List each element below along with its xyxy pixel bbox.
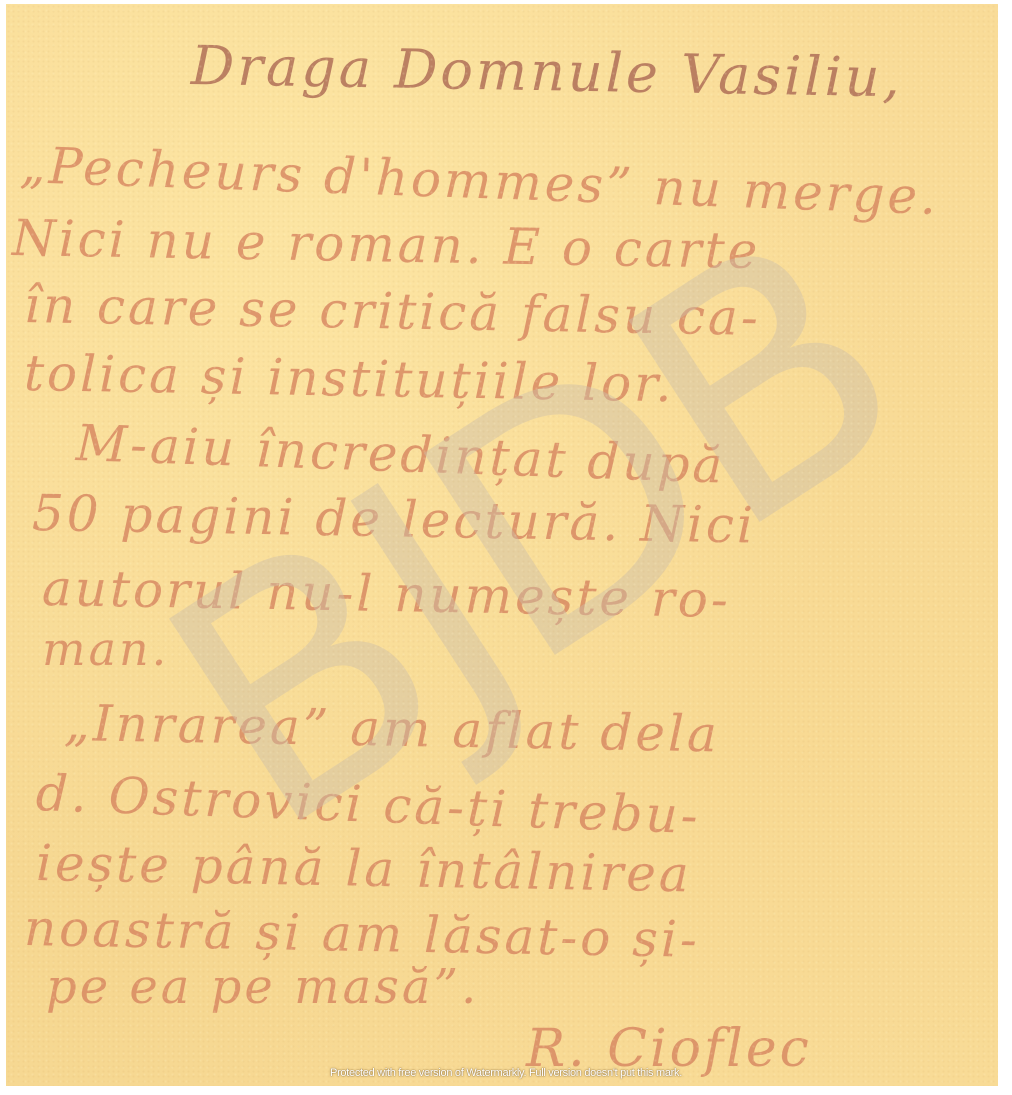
letter-line: M-aiu încredințat după [75,414,726,495]
letter-line: pe ea pe masă”. [46,959,479,1015]
letter-line: Nici nu e roman. E o carte [11,209,760,280]
letter-line: în care se critică falsu ca- [23,276,761,347]
scanned-letter: Draga Domnule Vasiliu, „Pecheurs d'homme… [0,0,1012,1095]
letter-line: man. [42,622,169,676]
letter-line: 50 pagini de lectură. Nici [31,484,756,555]
letter-greeting: Draga Domnule Vasiliu, [190,34,903,109]
letter-line: d. Ostrovici că-ți trebu- [35,764,702,845]
letter-line: „Inrarea” am aflat dela [63,694,720,763]
letter-line: autorul nu-l numește ro- [41,559,731,629]
letter-line: iește până la întâlnirea [35,834,692,903]
letter-line: tolica și instituțiile lor. [23,344,675,413]
paper-sheet: Draga Domnule Vasiliu, „Pecheurs d'homme… [6,4,998,1086]
watermarkly-notice: Protected with free version of Watermark… [0,1067,1012,1079]
